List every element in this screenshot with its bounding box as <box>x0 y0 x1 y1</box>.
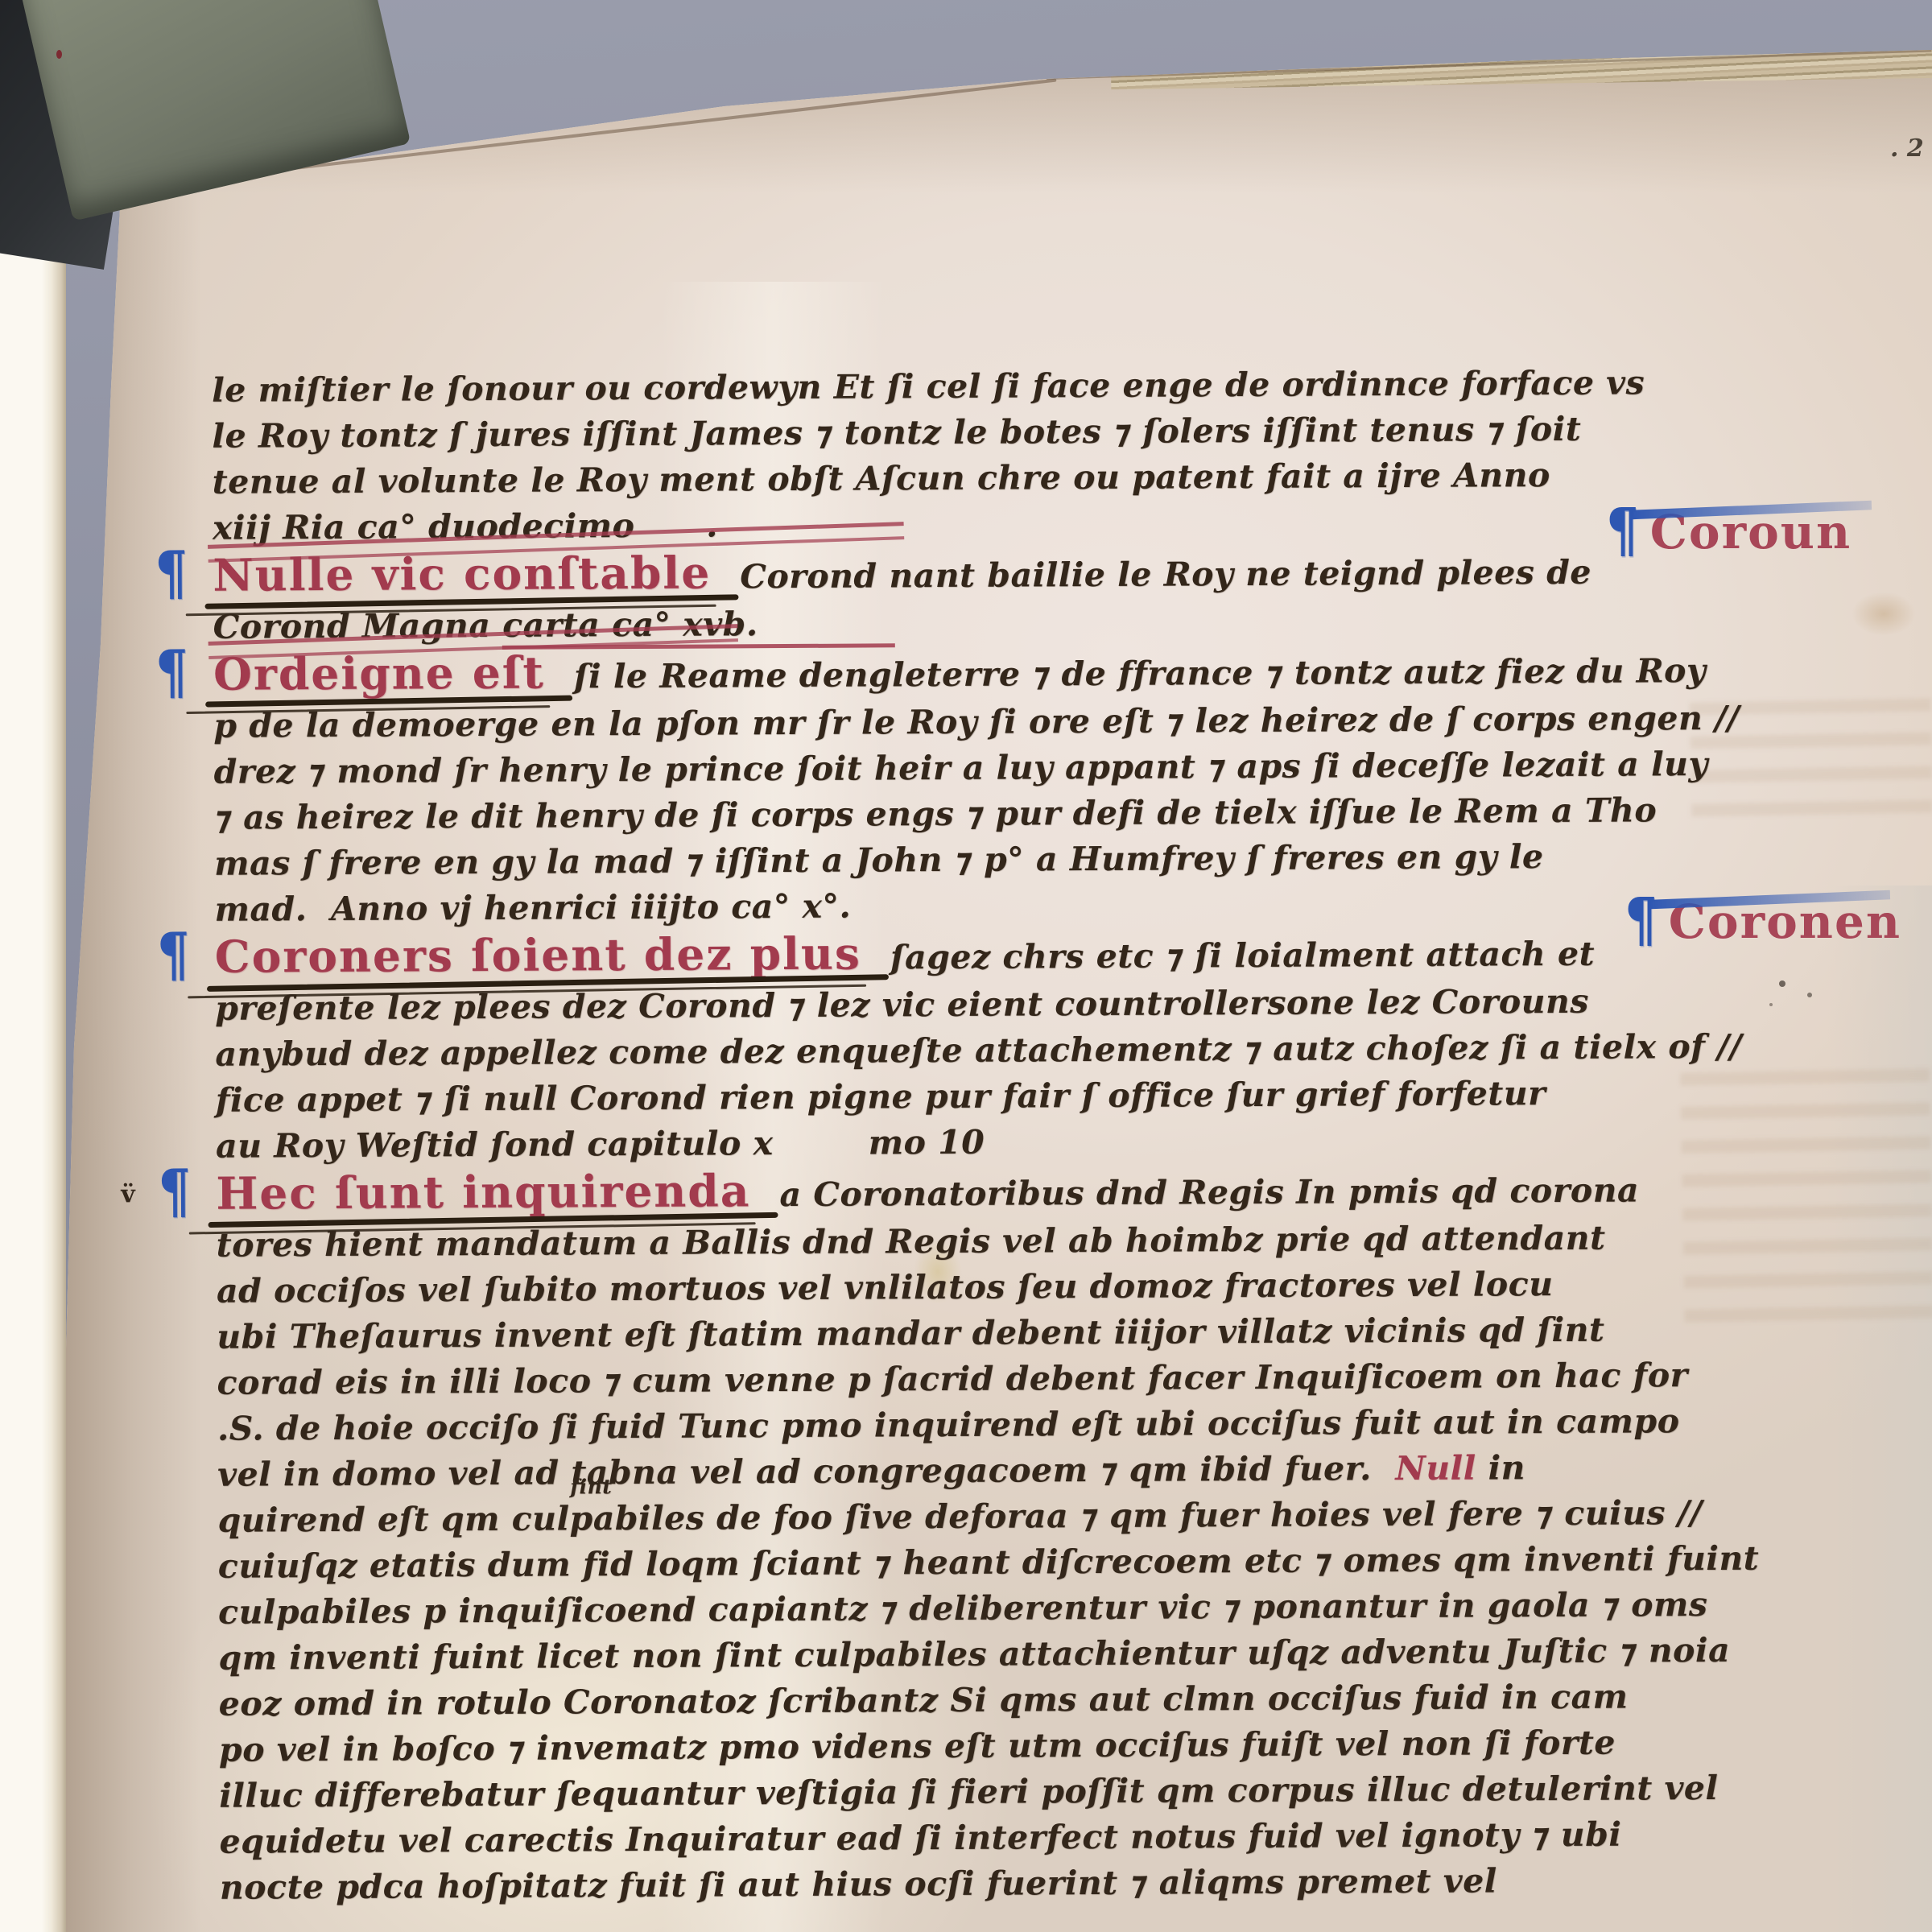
line-text: qm inventi fuint licet non ſint culpabil… <box>218 1631 1730 1678</box>
line-text: le miſtier le ſonour ou cordewyn Et ſi c… <box>212 363 1645 409</box>
line-text: .S. de hoie occiſo ſi fuid Tunc pmo inqu… <box>217 1402 1680 1448</box>
rubric-heading-row: ¶Nulle vic conſtableCorond nant baillie … <box>213 543 1670 604</box>
manuscript-line: fice appet ⁊ ſi null Corond rien pigne p… <box>216 1070 1673 1123</box>
line-text: ad occiſos vel ſubito mortuos vel vnlila… <box>217 1265 1554 1311</box>
rubric-heading-row: v̈¶Hec ſunt inquirendaa Coronatoribus dn… <box>216 1162 1673 1222</box>
paraph-mark-icon: ¶ <box>158 1162 191 1222</box>
manuscript-line: ad occiſos vel ſubito mortuos vel vnlila… <box>217 1261 1674 1314</box>
heading-tail-text: a Coronatoribus dnd Regis In pmis qd cor… <box>779 1170 1639 1214</box>
manuscript-photo: { "palette":{ "backdrop":"#8d90a1","boar… <box>0 0 1932 1932</box>
rubric-heading: Hec ſunt inquirenda <box>216 1166 750 1217</box>
paraph-mark-icon: ¶ <box>155 643 188 703</box>
line-text: au Roy Weſtid ſond capitulo x mo 10 <box>216 1123 985 1166</box>
line-text: po vel in boſco ⁊ invematz pmo videns eſ… <box>219 1724 1616 1769</box>
gutter-shadow <box>48 121 201 1932</box>
manuscript-line: ubi Theſaurus invent eſt ſtatim mandar d… <box>217 1307 1674 1360</box>
manuscript-line: eoz omd in rotulo Coronatoz ſcribantz Si… <box>219 1674 1676 1727</box>
manuscript-line: p de la demoerge en la pſon mr ſr le Roy… <box>213 696 1670 749</box>
nota-mark: v̈ <box>121 1183 135 1207</box>
line-text: anybud dez appellez come dez enqueſte at… <box>215 1027 1742 1074</box>
line-text: le Roy tontz ſ jures iſſint James ⁊ tont… <box>212 410 1581 456</box>
manuscript-line: .S. de hoie occiſo ſi fuid Tunc pmo inqu… <box>217 1398 1674 1451</box>
manuscript-line: nocte pdca hoſpitatz fuit ſi aut hius oc… <box>220 1857 1677 1910</box>
line-text: equidetu vel carectis Inquiratur ead ſi … <box>219 1815 1621 1861</box>
manuscript-line: drez ⁊ mond ſr henry le prince ſoit heir… <box>213 741 1670 795</box>
red-ink-word: Null <box>1395 1449 1476 1488</box>
manuscript-line: au Roy Weſtid ſond capitulo x mo 10 <box>216 1116 1673 1169</box>
board-red-speck <box>56 50 62 59</box>
manuscript-line: anybud dez appellez come dez enqueſte at… <box>215 1024 1672 1077</box>
line-text: fice appet ⁊ ſi null Corond rien pigne p… <box>216 1074 1546 1120</box>
rubric-heading: Ordeigne eſt <box>213 649 545 699</box>
manuscript-line: corad eis in illi loco ⁊ cum venne p ſac… <box>217 1352 1674 1406</box>
manuscript-line: mad. Anno vj henrici iiijto ca° x°. <box>214 879 1671 932</box>
manuscript-line: tenue al volunte le Roy ment obſt Aſcun … <box>213 452 1670 505</box>
ink-specks <box>1779 980 1785 987</box>
show-through-text <box>1680 1068 1932 1338</box>
line-text: eoz omd in rotulo Coronatoz ſcribantz Si… <box>219 1678 1629 1724</box>
manuscript-line: quirend eſt qm culpabiles de foo ſive de… <box>217 1490 1674 1543</box>
line-text: tenue al volunte le Roy ment obſt Aſcun … <box>213 456 1550 502</box>
paraph-mark-icon: ¶ <box>157 926 190 985</box>
rubric-heading: Coroners ſoient dez plus <box>215 930 861 981</box>
line-text: mad. Anno vj henrici iiijto ca° x°. <box>214 887 851 929</box>
manuscript-line: cuiuſqz etatis dum fid loqm ſciant ⁊ hea… <box>218 1536 1675 1589</box>
manuscript-line: ⁊ as heirez le dit henry de ſi corps eng… <box>214 787 1671 840</box>
manuscript-line: mas ſ frere en gy la mad ⁊ iſſint a John… <box>214 833 1671 886</box>
manuscript-line: po vel in boſco ⁊ invematz pmo videns eſ… <box>219 1719 1676 1773</box>
manuscript-line: illuc differebatur ſequantur veſtigia ſi… <box>219 1765 1676 1818</box>
line-text: corad eis in illi loco ⁊ cum venne p ſac… <box>217 1356 1687 1402</box>
heading-tail-text: ſagez chrs etc ⁊ ſi loialment attach et <box>890 935 1595 977</box>
rubric-heading-row: ¶Ordeigne eſtſi le Reame dengleterre ⁊ d… <box>213 642 1670 703</box>
line-text: illuc differebatur ſequantur veſtigia ſi… <box>219 1769 1718 1815</box>
manuscript-line: le miſtier le ſonour ou cordewyn Et ſi c… <box>212 360 1669 413</box>
manuscript-line: tores hient mandatum a Ballis dnd Regis … <box>217 1215 1674 1268</box>
interlinear-correction: ſint <box>570 1476 612 1496</box>
rubric-heading: Nulle vic conſtable <box>213 549 711 600</box>
line-text: vel in domo vel ad tabna vel ad congrega… <box>217 1449 1395 1494</box>
folio-number: . 2 <box>1890 137 1924 161</box>
line-text: quirend eſt qm culpabiles de foo ſive de… <box>217 1493 1703 1540</box>
text-block: le miſtier le ſonour ou cordewyn Et ſi c… <box>212 360 1677 1910</box>
parchment-stain <box>1851 592 1916 636</box>
line-text: ⁊ as heirez le dit henry de ſi corps eng… <box>214 791 1657 836</box>
line-text: in <box>1476 1448 1525 1487</box>
heading-tail-text: ſi le Reame dengleterre ⁊ de ffrance ⁊ t… <box>574 651 1707 696</box>
manuscript-line: preſente lez plees dez Corond ⁊ lez vic … <box>215 978 1672 1031</box>
line-text: culpabiles p inquiſicoend capiantz ⁊ del… <box>218 1585 1708 1632</box>
paraph-mark-icon: ¶ <box>155 544 188 604</box>
manuscript-line: qm inventi fuint licet non ſint culpabil… <box>218 1628 1675 1681</box>
manuscript-line: equidetu vel carectis Inquiratur ead ſi … <box>219 1811 1676 1864</box>
line-text: p de la demoerge en la pſon mr ſr le Roy… <box>213 699 1740 745</box>
line-text: ubi Theſaurus invent eſt ſtatim mandar d… <box>217 1311 1604 1356</box>
manuscript-line: le Roy tontz ſ jures iſſint James ⁊ tont… <box>212 406 1669 459</box>
page-right-edge-band <box>1827 885 1932 1932</box>
heading-tail-text: Corond nant baillie le Roy ne teignd ple… <box>740 553 1591 597</box>
rubric-heading-row: ¶Coroners ſoient dez plusſagez chrs etc … <box>215 925 1672 985</box>
line-text: drez ⁊ mond ſr henry le prince ſoit heir… <box>213 745 1707 791</box>
facing-page-edge <box>0 184 66 1932</box>
manuscript-page: . 2 ¶Coroun ¶Coronen le miſtier le ſonou… <box>0 0 1932 1932</box>
line-text: tores hient mandatum a Ballis dnd Regis … <box>217 1219 1606 1265</box>
line-text: preſente lez plees dez Corond ⁊ lez vic … <box>215 982 1589 1028</box>
line-text: cuiuſqz etatis dum fid loqm ſciant ⁊ hea… <box>218 1539 1760 1586</box>
line-text: nocte pdca hoſpitatz fuit ſi aut hius oc… <box>220 1861 1497 1906</box>
manuscript-line: vel in domo vel ad tabna vel ad congrega… <box>217 1444 1674 1497</box>
line-text: mas ſ frere en gy la mad ⁊ iſſint a John… <box>214 837 1544 883</box>
manuscript-line: culpabiles p inquiſicoend capiantz ⁊ del… <box>218 1582 1675 1635</box>
